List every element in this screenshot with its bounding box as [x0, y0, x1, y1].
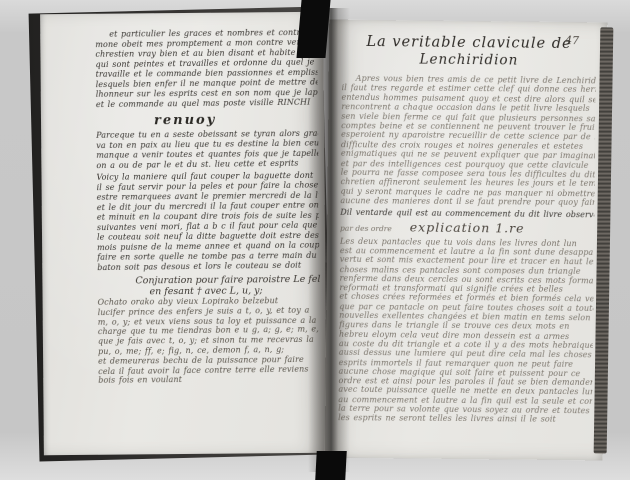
subheading-row: par des ordre explication 1.re — [340, 218, 594, 236]
paragraph-invocation: et particulier les graces et nombres et … — [95, 28, 318, 110]
left-page-text: et particulier les graces et nombres et … — [95, 28, 320, 386]
page-title-line2: Lenchiridion — [342, 51, 596, 71]
paragraph-apres: Apres vous bien tres amis de ce petit li… — [340, 74, 595, 208]
subheading-explication: explication 1.re — [410, 219, 525, 235]
right-page: 47 La veritable clavicule de Lenchiridio… — [325, 20, 608, 461]
handwritten-line: baton soit pas desous et lors le couteau… — [97, 260, 319, 273]
fore-edge-page-stack — [594, 27, 614, 453]
handwritten-line: aucune des manieres dont il se faut pren… — [340, 196, 594, 207]
right-page-text: La veritable clavicule de Lenchiridion A… — [338, 32, 596, 425]
paragraph-ochato: Ochato orako aby vieux Lopirako belzebut… — [98, 296, 321, 386]
binding-tab-bottom — [315, 451, 347, 480]
section-heading-conjuration: Conjuration pour faire paroistre Le fel … — [97, 274, 319, 298]
paragraph-pantacles: Les deux pantacles que tu vois dans les … — [338, 236, 594, 425]
section-heading-renvoy: renuoy — [154, 112, 318, 128]
handwritten-line: les esprits ne seront telles les livres … — [338, 413, 592, 424]
handwritten-line: on a ou de par le et du st. lieu cette e… — [96, 158, 318, 171]
handwritten-line: bois fois en voulant — [98, 374, 320, 386]
manuscript-photo: et particulier les graces et nombres et … — [0, 0, 630, 480]
subheading-prefix: par des ordre — [340, 223, 392, 233]
left-page: et particulier les graces et nombres et … — [40, 12, 327, 455]
page-title-line1: La veritable clavicule de — [342, 34, 596, 54]
paragraph-parceque: Parceque tu en a seste obeissant se tyra… — [96, 129, 318, 171]
binding-tab-top — [296, 0, 330, 58]
page-title: La veritable clavicule de Lenchiridion — [342, 34, 596, 71]
handwritten-line: et le commande au quel mas poste visille… — [96, 97, 318, 110]
paragraph-voicy: Voicy la maniere quil faut couper la bag… — [96, 171, 319, 273]
